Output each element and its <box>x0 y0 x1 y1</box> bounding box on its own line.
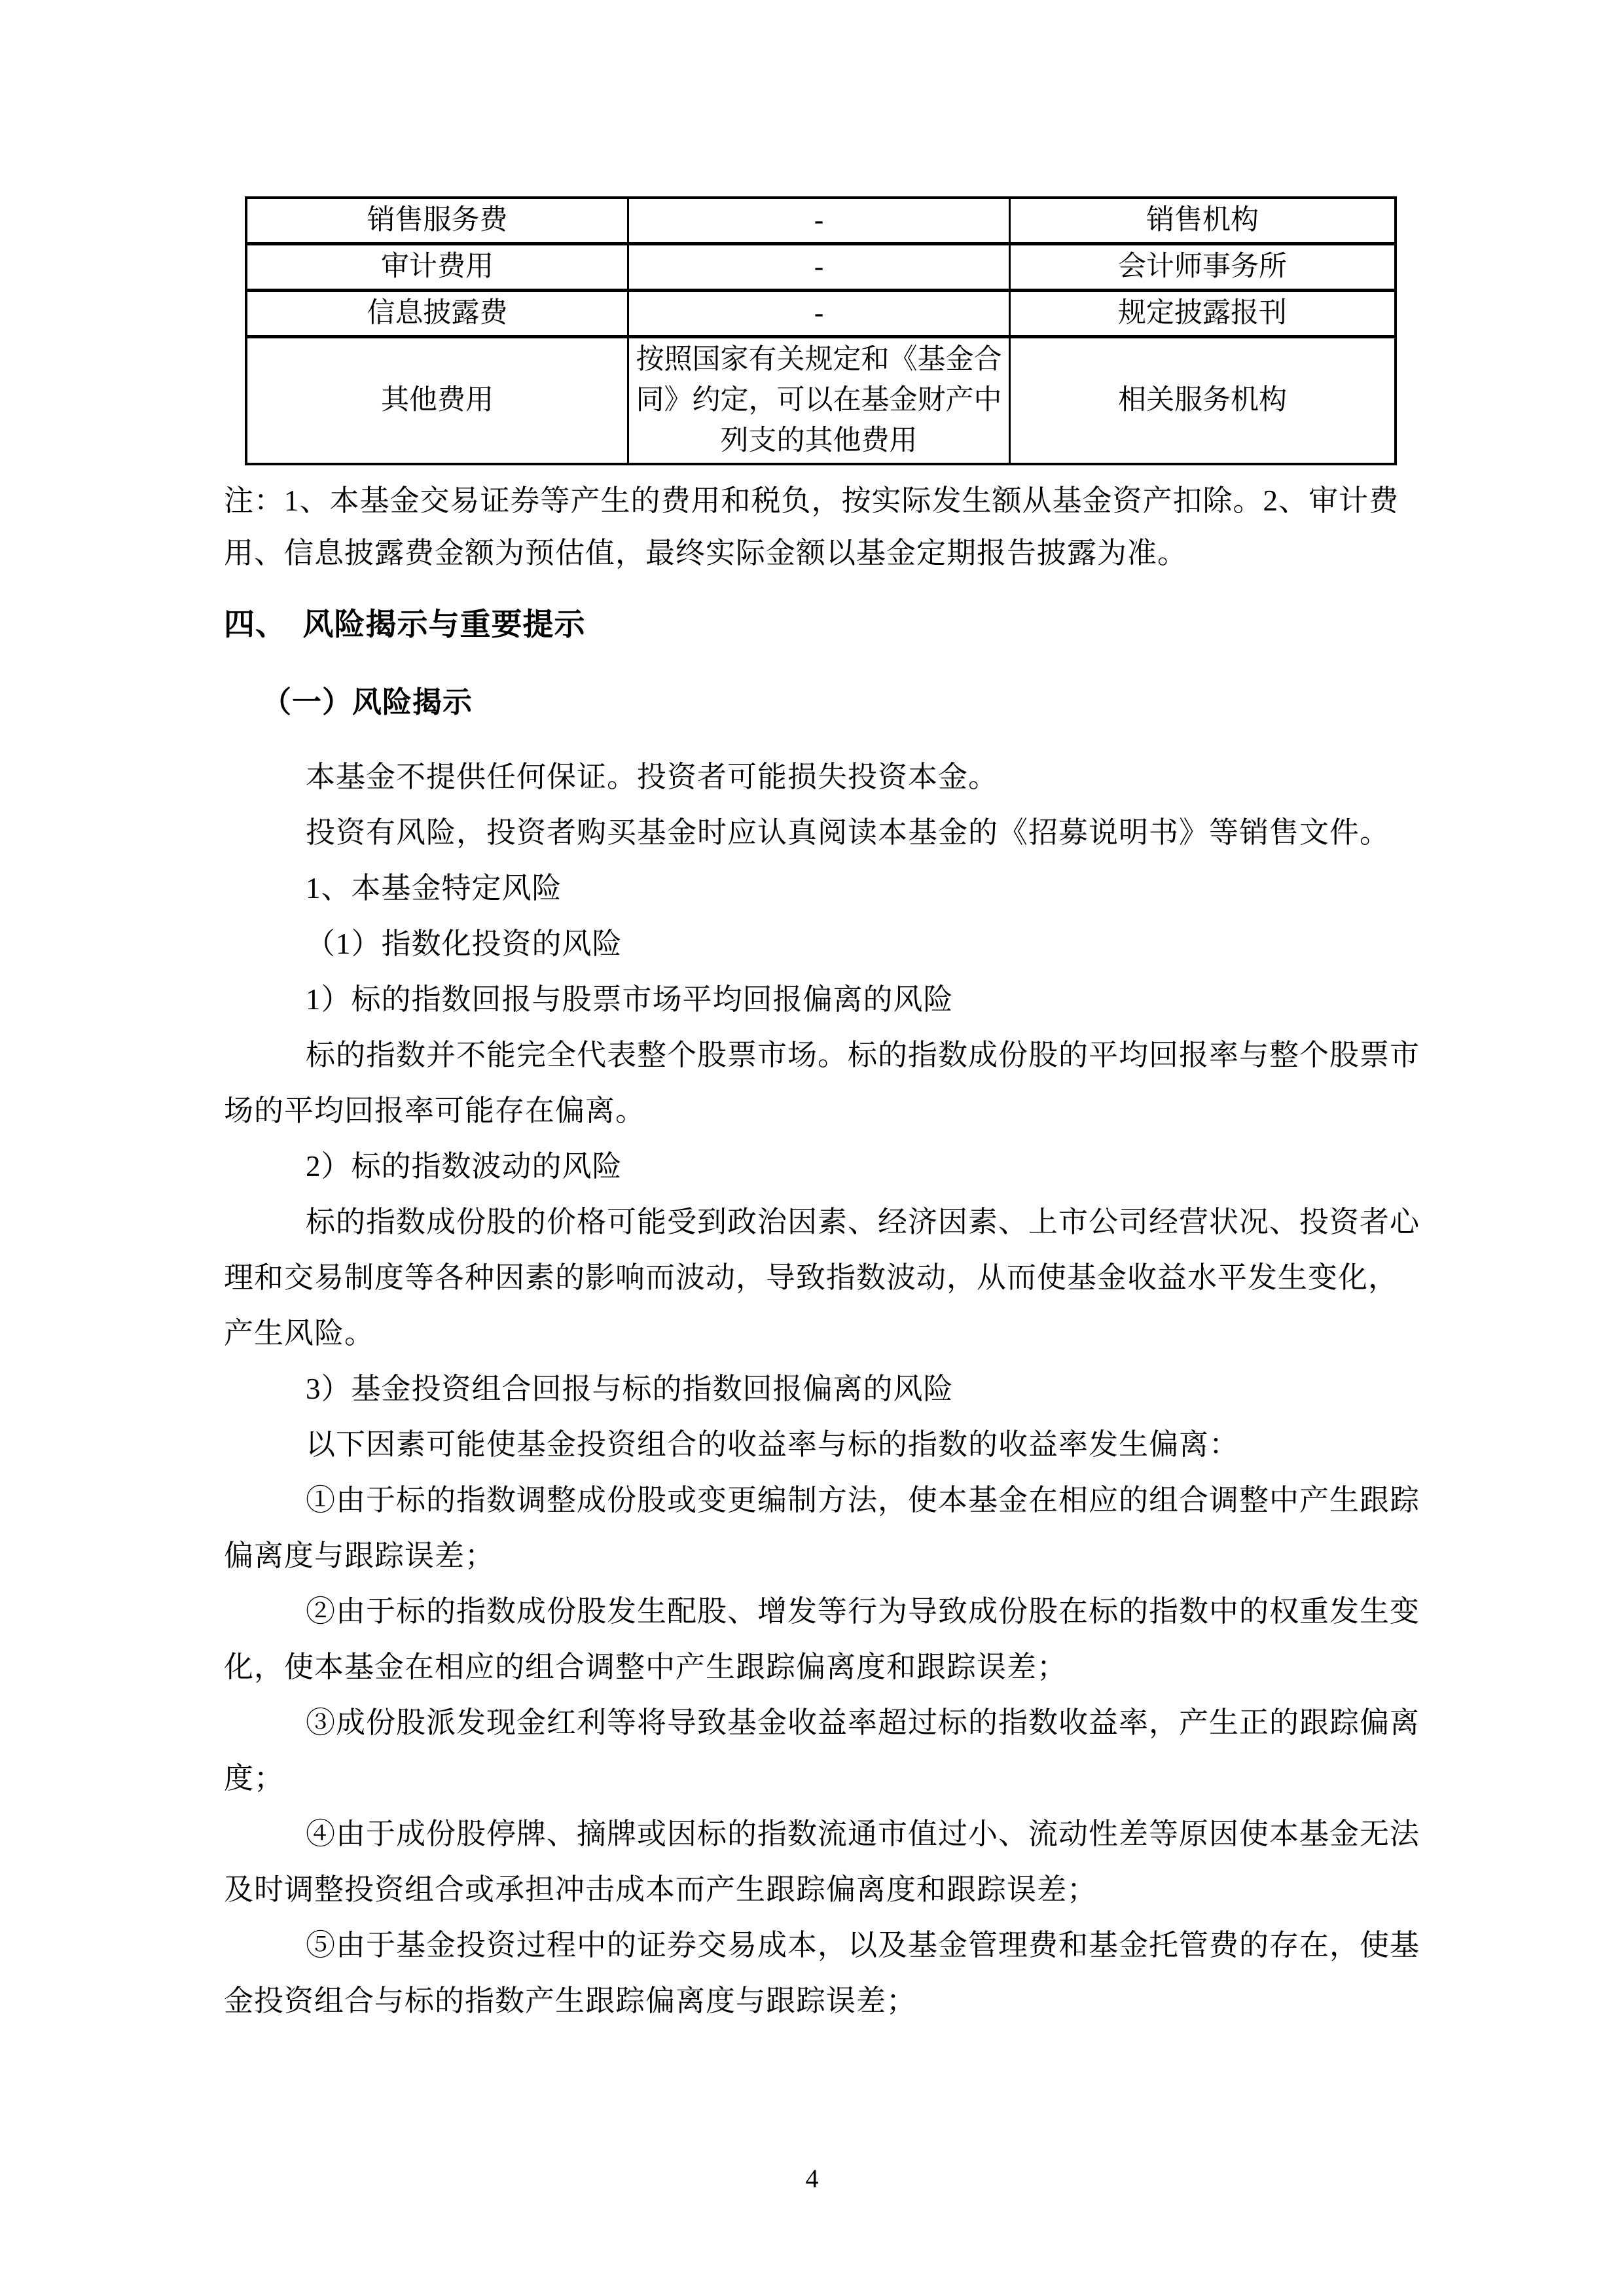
body-line: ②由于标的指数成份股发生配股、增发等行为导致成份股在标的指数中的权重发生变 <box>224 1584 1407 1640</box>
subsection-heading: （一）风险揭示 <box>224 676 1407 728</box>
body-line: 以下因素可能使基金投资组合的收益率与标的指数的收益率发生偏离： <box>224 1417 1407 1473</box>
body-line: ⑤由于基金投资过程中的证券交易成本，以及基金管理费和基金托管费的存在，使基 <box>224 1918 1407 1973</box>
table-cell-fee-type: 销售服务费 <box>247 199 629 245</box>
note-line: 用、信息披露费金额为预估值，最终实际金额以基金定期报告披露为准。 <box>224 527 1407 579</box>
body-line: 投资有风险，投资者购买基金时应认真阅读本基金的《招募说明书》等销售文件。 <box>224 805 1407 861</box>
note-line: 注：1、本基金交易证券等产生的费用和税负，按实际发生额从基金资产扣除。2、审计费 <box>224 475 1407 527</box>
table-row: 其他费用 按照国家有关规定和《基金合同》约定，可以在基金财产中列支的其他费用 相… <box>247 338 1394 463</box>
body-line: 场的平均回报率可能存在偏离。 <box>224 1083 1407 1139</box>
section-heading: 四、 风险揭示与重要提示 <box>224 599 1407 651</box>
body-line: 本基金不提供任何保证。投资者可能损失投资本金。 <box>224 749 1407 805</box>
table-cell-fee-rate: - <box>629 292 1011 338</box>
body-line: 化，使本基金在相应的组合调整中产生跟踪偏离度和跟踪误差； <box>224 1640 1407 1695</box>
risk-disclosure-text: 本基金不提供任何保证。投资者可能损失投资本金。投资有风险，投资者购买基金时应认真… <box>224 749 1407 2029</box>
table-cell-fee-type: 信息披露费 <box>247 292 629 338</box>
table-cell-fee-receiver: 会计师事务所 <box>1011 245 1394 292</box>
table-row: 信息披露费 - 规定披露报刊 <box>247 292 1394 338</box>
table-cell-fee-receiver: 销售机构 <box>1011 199 1394 245</box>
body-line: ③成份股派发现金红利等将导致基金收益率超过标的指数收益率，产生正的跟踪偏离 <box>224 1695 1407 1751</box>
body-line: 理和交易制度等各种因素的影响而波动，导致指数波动，从而使基金收益水平发生变化， <box>224 1250 1407 1306</box>
page-number: 4 <box>0 2163 1624 2194</box>
body-line: 及时调整投资组合或承担冲击成本而产生跟踪偏离度和跟踪误差； <box>224 1862 1407 1918</box>
table-note: 注：1、本基金交易证券等产生的费用和税负，按实际发生额从基金资产扣除。2、审计费… <box>224 475 1407 579</box>
table-row: 销售服务费 - 销售机构 <box>247 199 1394 245</box>
table-cell-fee-type: 其他费用 <box>247 338 629 463</box>
table-cell-fee-receiver: 相关服务机构 <box>1011 338 1394 463</box>
table-cell-fee-rate: - <box>629 199 1011 245</box>
body-line: ④由于成份股停牌、摘牌或因标的指数流通市值过小、流动性差等原因使本基金无法 <box>224 1806 1407 1862</box>
table-cell-fee-rate: - <box>629 245 1011 292</box>
table-row: 审计费用 - 会计师事务所 <box>247 245 1394 292</box>
page-content: 销售服务费 - 销售机构 审计费用 - 会计师事务所 信息披露费 - 规定披露报… <box>224 196 1407 2029</box>
body-line: 产生风险。 <box>224 1306 1407 1361</box>
body-line: 金投资组合与标的指数产生跟踪偏离度与跟踪误差； <box>224 1973 1407 2029</box>
body-line: 1）标的指数回报与股票市场平均回报偏离的风险 <box>224 972 1407 1028</box>
table-cell-fee-rate: 按照国家有关规定和《基金合同》约定，可以在基金财产中列支的其他费用 <box>629 338 1011 463</box>
document-page: 销售服务费 - 销售机构 审计费用 - 会计师事务所 信息披露费 - 规定披露报… <box>0 0 1624 2296</box>
body-line: 3）基金投资组合回报与标的指数回报偏离的风险 <box>224 1361 1407 1417</box>
body-line: 1、本基金特定风险 <box>224 861 1407 916</box>
body-line: 标的指数成份股的价格可能受到政治因素、经济因素、上市公司经营状况、投资者心 <box>224 1194 1407 1250</box>
fee-table: 销售服务费 - 销售机构 审计费用 - 会计师事务所 信息披露费 - 规定披露报… <box>245 196 1397 465</box>
body-line: 2）标的指数波动的风险 <box>224 1139 1407 1194</box>
table-cell-fee-type: 审计费用 <box>247 245 629 292</box>
body-line: 偏离度与跟踪误差； <box>224 1528 1407 1584</box>
table-cell-fee-receiver: 规定披露报刊 <box>1011 292 1394 338</box>
body-line: 度； <box>224 1751 1407 1806</box>
body-line: 标的指数并不能完全代表整个股票市场。标的指数成份股的平均回报率与整个股票市 <box>224 1028 1407 1083</box>
body-line: （1）指数化投资的风险 <box>224 916 1407 972</box>
body-line: ①由于标的指数调整成份股或变更编制方法，使本基金在相应的组合调整中产生跟踪 <box>224 1473 1407 1528</box>
